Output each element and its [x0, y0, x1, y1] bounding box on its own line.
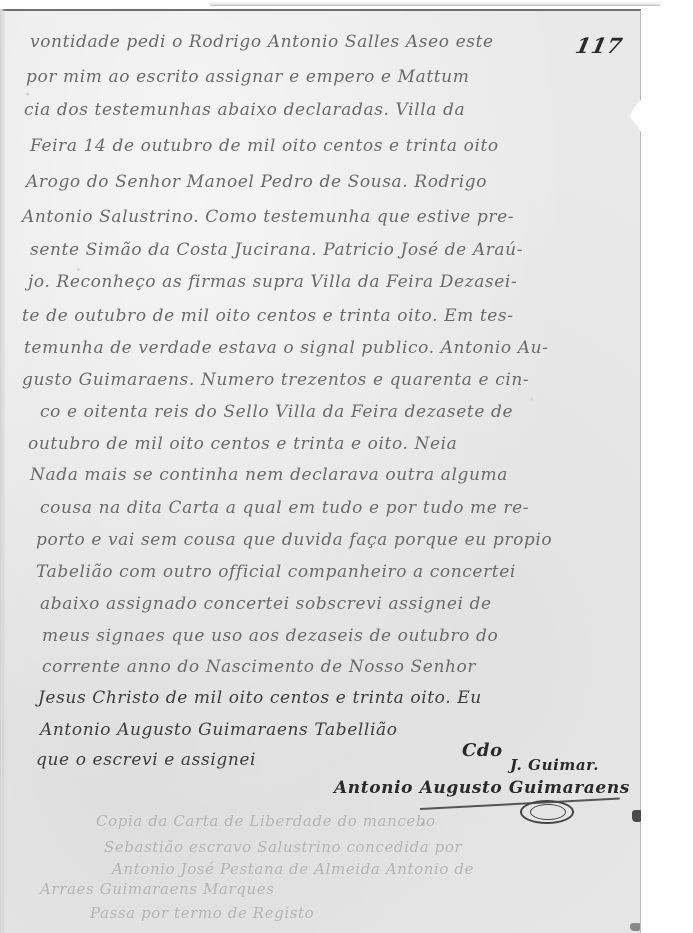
manuscript-line: corrente anno do Nascimento de Nosso Sen…	[42, 657, 476, 677]
notary-signature: Antonio Augusto Guimaraens	[334, 778, 630, 798]
manuscript-line: cousa na dita Carta a qual em tudo e por…	[40, 498, 529, 518]
manuscript-line: por mim ao escrito assignar e empero e M…	[26, 67, 469, 87]
manuscript-line: Antonio Augusto Guimaraens Tabellião	[40, 720, 398, 740]
manuscript-line: outubro de mil oito centos e trinta e oi…	[28, 434, 457, 454]
signature-abbreviation-line2: J. Guimar.	[510, 756, 599, 774]
manuscript-line: porto e vai sem cousa que duvida faça po…	[36, 530, 552, 550]
manuscript-line: co e oitenta reis do Sello Villa da Feir…	[40, 402, 513, 422]
manuscript-line: gusto Guimaraens. Numero trezentos e qua…	[22, 370, 529, 390]
page-number: 117	[573, 33, 625, 58]
page-left-edge	[0, 9, 6, 933]
signature-abbreviation: Cdo	[462, 740, 503, 761]
faded-line: Copia da Carta de Liberdade do mancebo	[96, 812, 436, 830]
faded-line: Sebastião escravo Salustrino concedida p…	[104, 838, 462, 856]
scanned-document: 117 vontidade pedi o Rodrigo Antonio Sal…	[0, 0, 693, 933]
signature-flourish	[530, 804, 566, 820]
manuscript-line: Tabelião com outro official companheiro …	[36, 562, 516, 582]
ink-blot	[632, 810, 641, 822]
manuscript-line: Antonio Salustrino. Como testemunha que …	[22, 207, 514, 227]
manuscript-line: Feira 14 de outubro de mil oito centos e…	[30, 136, 499, 156]
manuscript-line: cia dos testemunhas abaixo declaradas. V…	[24, 100, 465, 120]
manuscript-line: abaixo assignado concertei sobscrevi ass…	[40, 594, 492, 614]
manuscript-line: Arogo do Senhor Manoel Pedro de Sousa. R…	[26, 172, 487, 192]
manuscript-line: vontidade pedi o Rodrigo Antonio Salles …	[30, 32, 494, 52]
ink-blot	[630, 923, 640, 931]
manuscript-line: Nada mais se continha nem declarava outr…	[30, 465, 508, 485]
faded-line: Arraes Guimaraens Marques	[40, 880, 275, 898]
manuscript-line: que o escrevi e assignei	[36, 750, 256, 770]
manuscript-line: sente Simão da Costa Jucirana. Patricio …	[30, 240, 523, 260]
manuscript-line: meus signaes que uso aos dezaseis de out…	[42, 626, 498, 646]
scan-shadow-strip	[210, 0, 660, 6]
manuscript-line: temunha de verdade estava o signal publi…	[24, 338, 549, 358]
faded-line: Antonio José Pestana de Almeida Antonio …	[112, 860, 474, 878]
manuscript-line: Jesus Christo de mil oito centos e trint…	[38, 688, 482, 708]
manuscript-line: te de outubro de mil oito centos e trint…	[22, 306, 514, 326]
manuscript-line: jo. Reconheço as firmas supra Villa da F…	[28, 272, 517, 292]
faded-line: Passa por termo de Registo	[90, 904, 314, 922]
